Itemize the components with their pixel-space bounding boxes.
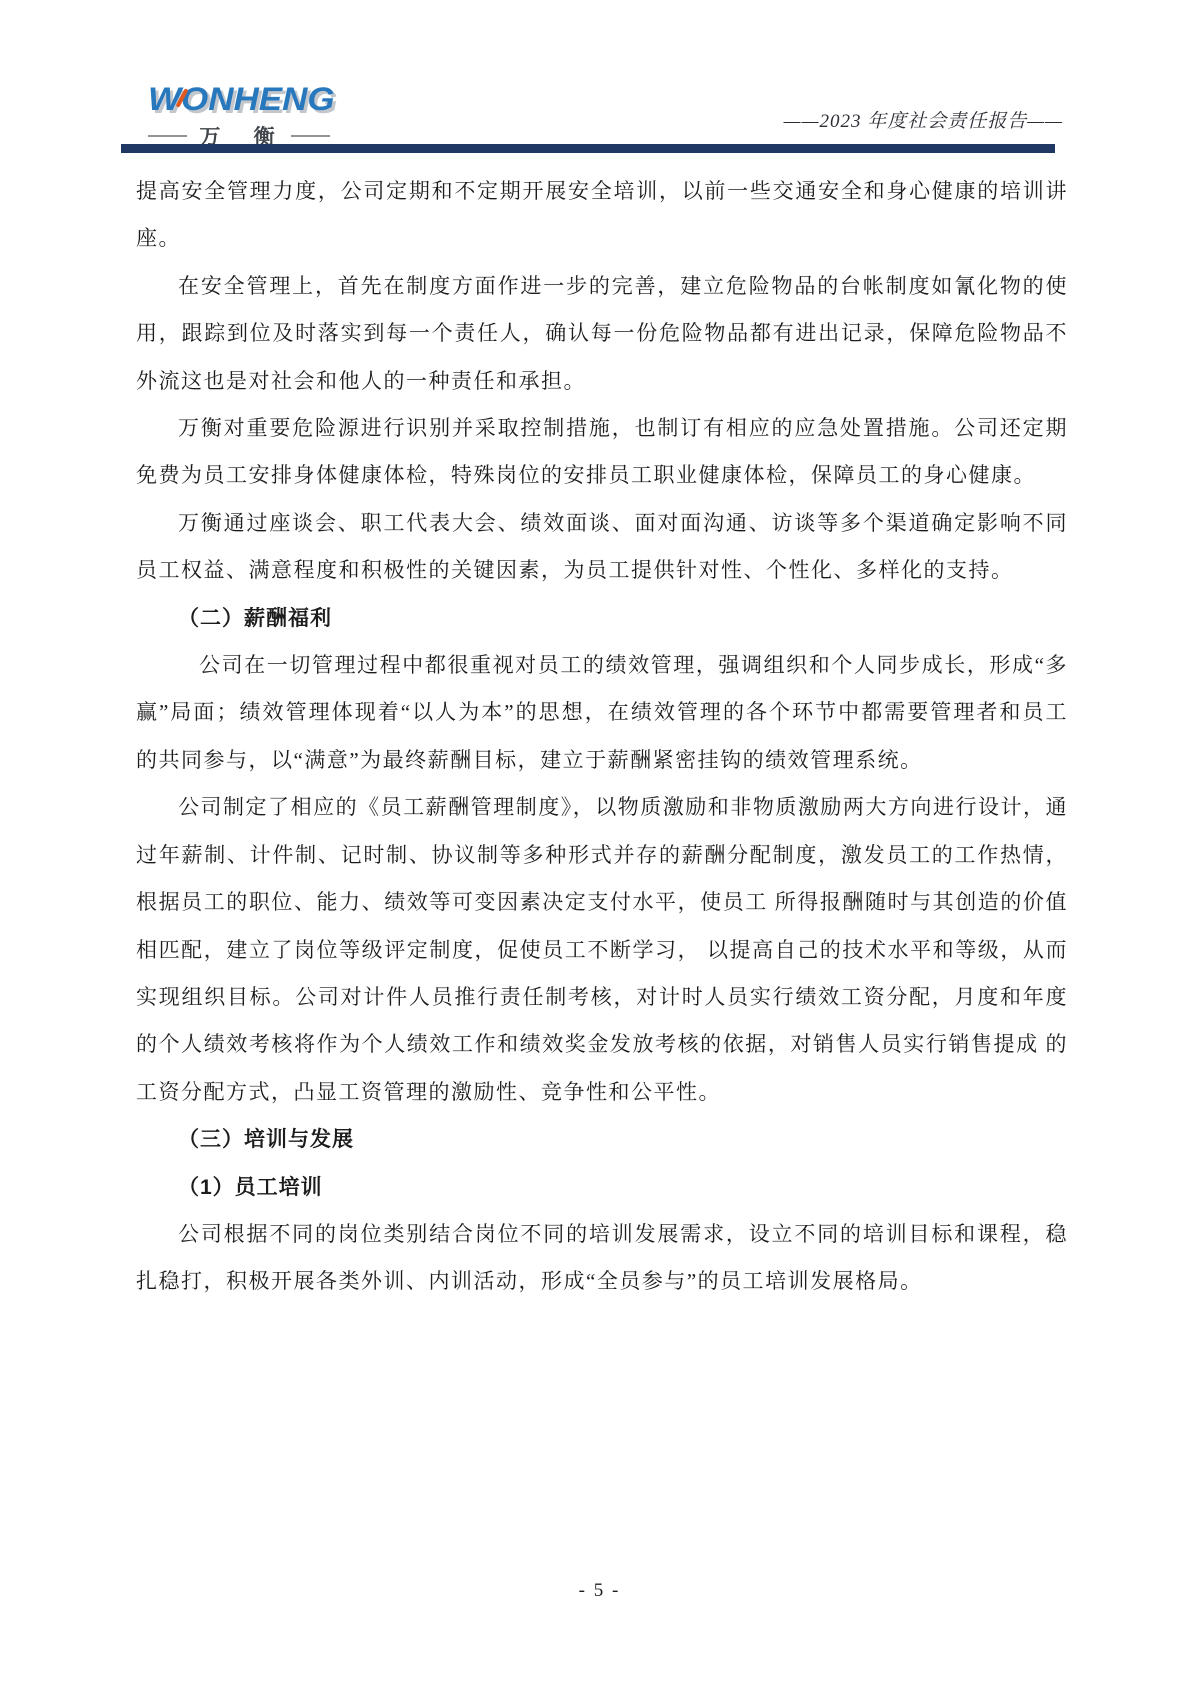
logo-wordmark: WONHENG — [148, 83, 330, 116]
document-body: 提高安全管理力度，公司定期和不定期开展安全培训，以前一些交通安全和身心健康的培训… — [136, 168, 1068, 1306]
header-divider-bar — [121, 144, 1055, 153]
report-page: { "header": { "logo": { "brand_en": "WON… — [0, 0, 1199, 1708]
paragraph-safety-system: 在安全管理上，首先在制度方面作进一步的完善，建立危险物品的台帐制度如氰化物的使用… — [136, 263, 1068, 405]
paragraph-training-programs: 公司根据不同的岗位类别结合岗位不同的培训发展需求，设立不同的培训目标和课程，稳扎… — [136, 1211, 1068, 1306]
section-heading-employee-training: （1）员工培训 — [136, 1164, 1068, 1211]
logo-divider-left — [148, 135, 187, 137]
paragraph-salary-system: 公司制定了相应的《员工薪酬管理制度》，以物质激励和非物质激励两大方向进行设计，通… — [136, 784, 1068, 1116]
paragraph-performance-management: 公司在一切管理过程中都很重视对员工的绩效管理，强调组织和个人同步成长，形成“多赢… — [136, 642, 1068, 784]
section-heading-compensation: （二）薪酬福利 — [136, 595, 1068, 642]
paragraph-employee-channels: 万衡通过座谈会、职工代表大会、绩效面谈、面对面沟通、访谈等多个渠道确定影响不同员… — [136, 500, 1068, 595]
report-edition-title: ——2023 年度社会责任报告—— — [784, 106, 1063, 133]
logo-divider-right — [291, 135, 330, 137]
section-heading-training-development: （三）培训与发展 — [136, 1116, 1068, 1163]
paragraph-safety-training: 提高安全管理力度，公司定期和不定期开展安全培训，以前一些交通安全和身心健康的培训… — [136, 168, 1068, 263]
company-logo: WONHENG 万 衡 — [148, 82, 330, 151]
page-number: - 5 - — [0, 1580, 1199, 1602]
paragraph-hazard-control: 万衡对重要危险源进行识别并采取控制措施，也制订有相应的应急处置措施。公司还定期免… — [136, 405, 1068, 500]
